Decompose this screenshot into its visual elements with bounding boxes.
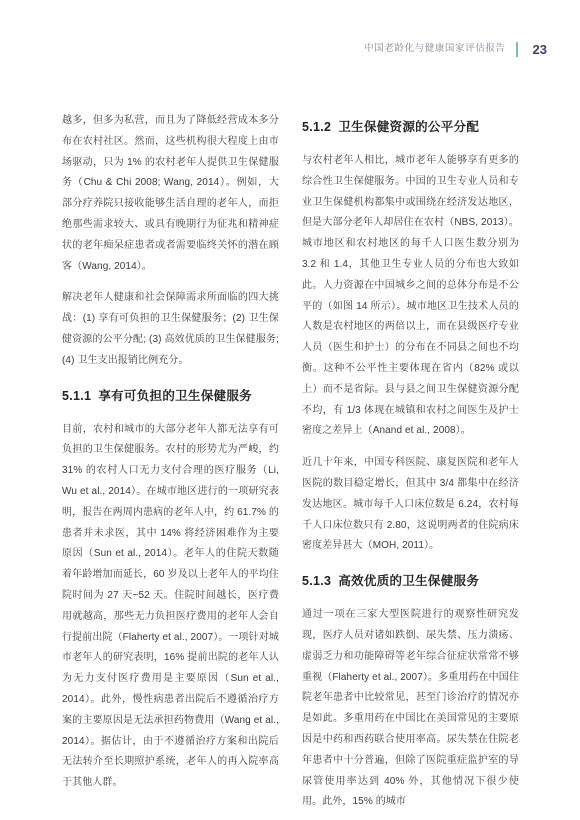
section-heading-5-1-1: 5.1.1享有可负担的卫生保健服务 <box>62 386 279 404</box>
section-heading-5-1-2: 5.1.2卫生保健资源的公平分配 <box>302 117 519 135</box>
paragraph-affordable-care: 目前，农村和城市的大部分老年人都无法享有可负担的卫生保健服务。农村的形势尤为严峻… <box>62 420 279 794</box>
section-title: 享有可负担的卫生保健服务 <box>98 389 252 403</box>
paragraph-quality-care: 通过一项在三家大型医院进行的观察性研究发现，医疗人员对诸如跌倒、尿失禁、压力溃疡… <box>302 605 519 813</box>
section-title: 卫生保健资源的公平分配 <box>338 120 479 134</box>
section-number: 5.1.3 <box>302 574 331 588</box>
section-title: 高效优质的卫生保健服务 <box>338 574 479 588</box>
paragraph-four-challenges: 解决老年人健康和社会保障需求所面临的四大挑战：(1) 享有可负担的卫生保健服务；… <box>62 288 279 371</box>
right-column: 5.1.2卫生保健资源的公平分配 与农村老年人相比，城市老年人能够享有更多的综合… <box>302 111 519 813</box>
page-number: 23 <box>533 42 547 57</box>
section-number: 5.1.2 <box>302 120 331 134</box>
section-heading-5-1-3: 5.1.3高效优质的卫生保健服务 <box>302 571 519 589</box>
report-title: 中国老龄化与健康国家评估报告 <box>364 41 505 57</box>
header-divider <box>516 42 518 57</box>
page-header: 中国老龄化与健康国家评估报告 23 <box>364 41 547 57</box>
page-content: 越多，但多为私营，而且为了降低经营成本多分布在农村社区。然而，这些机构很大程度上… <box>62 111 519 813</box>
paragraph-resource-distribution: 与农村老年人相比，城市老年人能够享有更多的综合性卫生保健服务。中国的卫生专业人员… <box>302 151 519 442</box>
paragraph-hospital-beds: 近几十年来，中国专科医院、康复医院和老年人医院的数目稳定增长，但其中 3/4 都… <box>302 453 519 557</box>
section-number: 5.1.1 <box>62 389 91 403</box>
paragraph-continuation: 越多，但多为私营，而且为了降低经营成本多分布在农村社区。然而，这些机构很大程度上… <box>62 111 279 277</box>
left-column: 越多，但多为私营，而且为了降低经营成本多分布在农村社区。然而，这些机构很大程度上… <box>62 111 279 813</box>
